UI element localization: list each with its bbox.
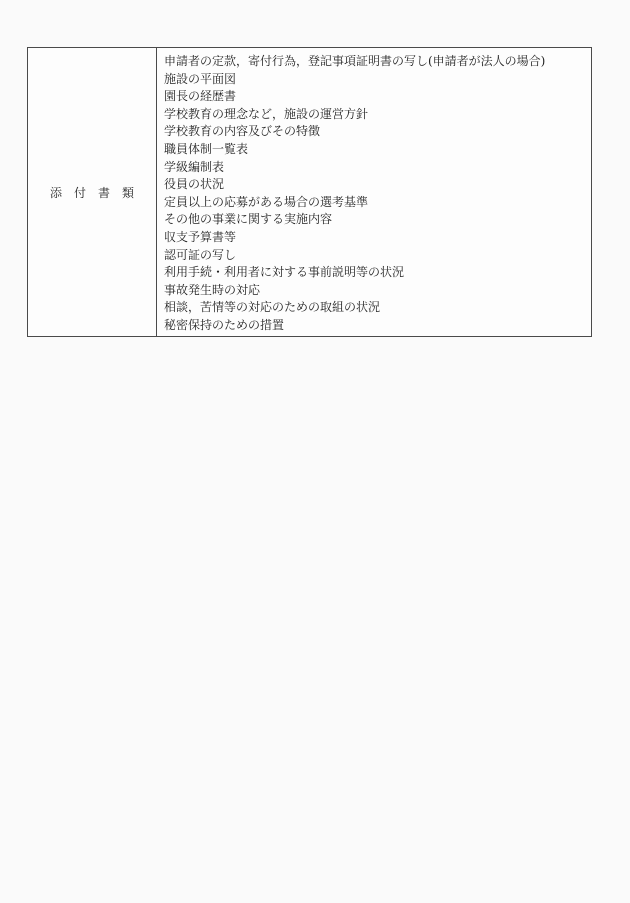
attachment-item: 相談，苦情等の対応のための取組の状況 [164, 299, 587, 317]
attached-documents-label: 添 付 書 類 [50, 184, 134, 201]
attachment-item: 学級編制表 [164, 159, 587, 177]
attachment-item: 定員以上の応募がある場合の選考基準 [164, 194, 587, 212]
attachment-item: 収支予算書等 [164, 229, 587, 247]
document-page: 添 付 書 類 申請者の定款，寄付行為，登記事項証明書の写し(申請者が法人の場合… [0, 0, 630, 903]
attachment-item: 学校教育の理念など，施設の運営方針 [164, 106, 587, 124]
attachment-item: 職員体制一覧表 [164, 141, 587, 159]
attachment-item: 申請者の定款，寄付行為，登記事項証明書の写し(申請者が法人の場合) [164, 53, 587, 71]
attached-documents-list-cell: 申請者の定款，寄付行為，登記事項証明書の写し(申請者が法人の場合) 施設の平面図… [157, 48, 591, 336]
attachment-item: 役員の状況 [164, 176, 587, 194]
attachment-item: 学校教育の内容及びその特徴 [164, 123, 587, 141]
attachment-item: 園長の経歴書 [164, 88, 587, 106]
attachment-item: 施設の平面図 [164, 71, 587, 89]
attachment-item: 利用手続・利用者に対する事前説明等の状況 [164, 264, 587, 282]
attached-documents-header-cell: 添 付 書 類 [28, 48, 157, 336]
attachment-item: 認可証の写し [164, 247, 587, 265]
attached-documents-table: 添 付 書 類 申請者の定款，寄付行為，登記事項証明書の写し(申請者が法人の場合… [27, 47, 592, 337]
attachment-item: その他の事業に関する実施内容 [164, 211, 587, 229]
attachment-item: 事故発生時の対応 [164, 282, 587, 300]
attachment-item: 秘密保持のための措置 [164, 317, 587, 335]
